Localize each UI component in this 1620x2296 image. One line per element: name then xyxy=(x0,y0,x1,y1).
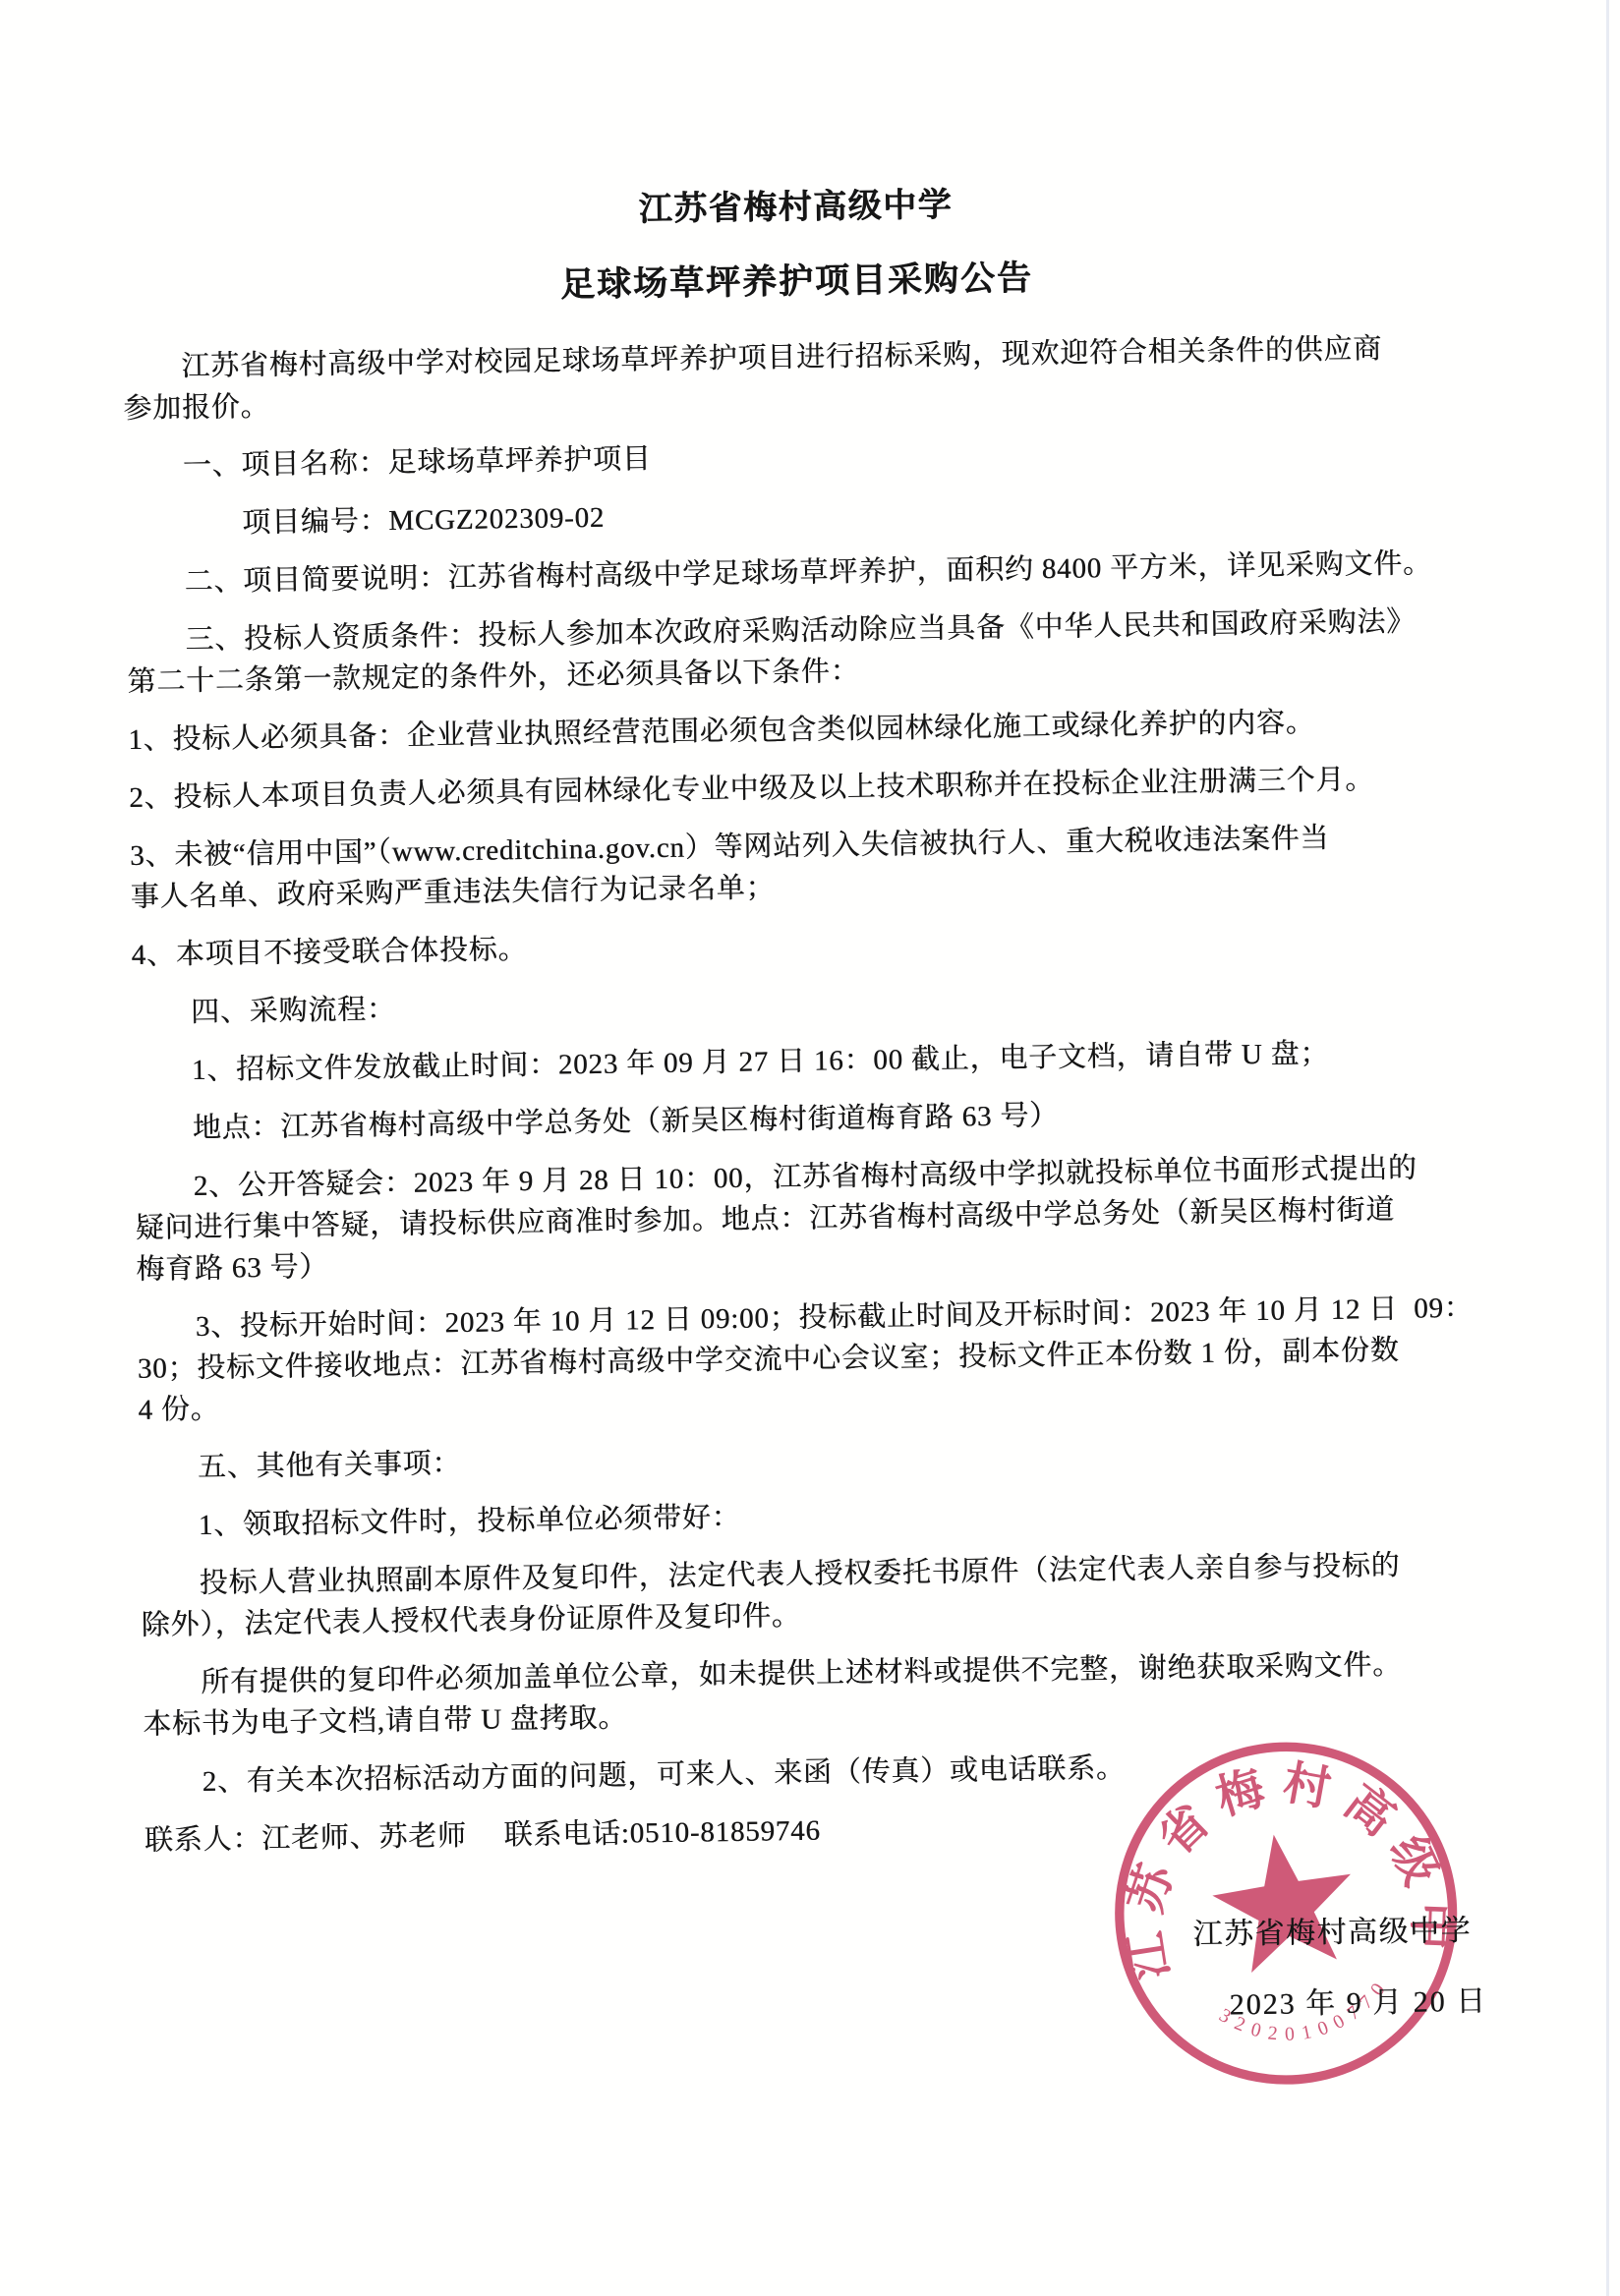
paragraph-other: 五、其他有关事项： xyxy=(139,1427,1496,1488)
paragraph-q1: 1、投标人必须具备：企业营业执照经营范围必须包含类似园林绿化施工或绿化养护的内容… xyxy=(128,699,1485,760)
document-content: 江苏省梅村高级中学 足球场草坪养护项目采购公告 江苏省梅村高级中学对校园足球场草… xyxy=(0,0,1620,2296)
paragraph-project-no: 项目编号：MCGZ202309-02 xyxy=(125,485,1482,545)
signature-date: 2023 年 9 月 20 日 xyxy=(1229,1977,1487,2024)
paragraph-intro: 江苏省梅村高级中学对校园足球场草坪养护项目进行招标采购，现欢迎符合相关条件的供应… xyxy=(122,327,1480,430)
doc-title-announcement: 足球场草坪养护项目采购公告 xyxy=(0,243,1607,316)
paragraph-other-1-docs: 投标人营业执照副本原件及复印件，法定代表人授权委托书原件（法定代表人亲自参与投标… xyxy=(141,1543,1499,1645)
paragraph-project-name: 一、项目名称：足球场草坪养护项目 xyxy=(124,427,1481,488)
paragraph-other-1: 1、领取招标文件时，投标单位必须带好： xyxy=(140,1485,1497,1546)
seal-star-icon xyxy=(1204,1824,1362,1978)
paragraph-qualification: 三、投标人资质条件：投标人参加本次政府采购活动除应当具备《中华人民共和国政府采购… xyxy=(127,601,1485,703)
paragraph-q2: 2、投标人本项目负责人必须具有园林绿化专业中级及以上技术职称并在投标企业注册满三… xyxy=(129,757,1486,818)
paragraph-process-2: 2、公开答疑会：2023 年 9 月 28 日 10：00，江苏省梅村高级中学拟… xyxy=(135,1146,1494,1290)
scan-edge-artifact xyxy=(1606,0,1609,2296)
paragraph-process-3: 3、投标开始时间：2023 年 10 月 12 日 09:00；投标截止时间及开… xyxy=(137,1287,1496,1430)
paragraph-q4: 4、本项目不接受联合体投标。 xyxy=(131,914,1488,975)
paragraph-process-1: 1、招标文件发放截止时间：2023 年 09 月 27 日 16：00 截止，电… xyxy=(133,1030,1490,1091)
doc-title-org: 江苏省梅村高级中学 xyxy=(0,168,1606,240)
paragraph-other-1-copy: 所有提供的复印件必须加盖单位公章，如未提供上述材料或提供不完整，谢绝获取采购文件… xyxy=(142,1642,1500,1745)
paragraph-q3: 3、未被“信用中国”（www.creditchina.gov.cn）等网站列入失… xyxy=(130,815,1488,917)
paragraph-process-1-addr: 地点：江苏省梅村高级中学总务处（新吴区梅村街道梅育路 63 号） xyxy=(134,1088,1491,1149)
document-body: 江苏省梅村高级中学对校园足球场草坪养护项目进行招标采购，现欢迎符合相关条件的供应… xyxy=(122,327,1502,1862)
paragraph-process: 四、采购流程： xyxy=(132,972,1489,1033)
scanned-document-page: 江苏省梅村高级中学 足球场草坪养护项目采购公告 江苏省梅村高级中学对校园足球场草… xyxy=(0,0,1620,2296)
document-header: 江苏省梅村高级中学 足球场草坪养护项目采购公告 xyxy=(0,0,1607,316)
paragraph-contact: 联系人：江老师、苏老师 联系电话:0510-81859746 xyxy=(145,1800,1502,1861)
paragraph-brief: 二、项目简要说明：江苏省梅村高级中学足球场草坪养护，面积约 8400 平方米，详… xyxy=(126,543,1483,603)
paragraph-other-2: 2、有关本次招标活动方面的问题，可来人、来函（传真）或电话联系。 xyxy=(144,1742,1501,1803)
signature-org: 江苏省梅村高级中学 xyxy=(1192,1906,1472,1953)
